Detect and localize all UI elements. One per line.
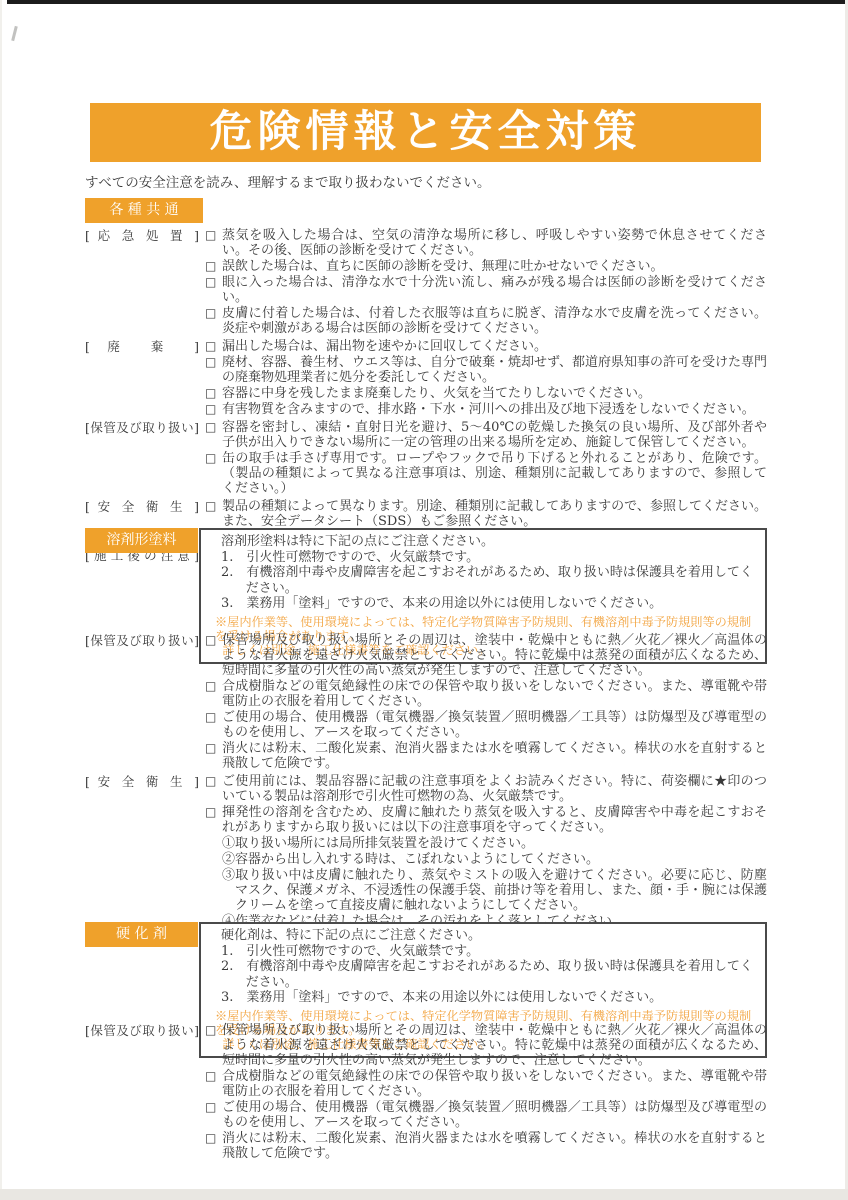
scan-edge-bottom: [0, 1189, 848, 1200]
checklist-item: □眼に入った場合は、清浄な水で十分洗い流し、痛みが残る場合は医師の診断を受けてく…: [205, 275, 767, 305]
section-label: [保管及び取り扱い]: [85, 420, 199, 497]
checklist-item: □有害物質を含みますので、排水路・下水・河川への排出及び地下浸透をしないでくださ…: [205, 402, 767, 417]
intro-text: すべての安全注意を読み、理解するまで取り扱わないでください。: [85, 171, 491, 191]
checkbox-icon: □: [205, 679, 222, 709]
checkbox-icon: □: [205, 402, 222, 417]
checklist-item: □容器に中身を残したまま廃棄したり、火気を当てたりしないでください。: [205, 386, 767, 401]
checkbox-icon: □: [205, 633, 222, 678]
checklist-item: □ご使用の場合、使用機器（電気機器／換気装置／照明機器／工具等）は防爆型及び導電…: [205, 1100, 767, 1130]
checkbox-icon: □: [205, 451, 222, 496]
checkbox-icon: □: [205, 228, 222, 258]
checklist-item: □漏出した場合は、漏出物を速やかに回収してください。: [205, 339, 767, 354]
section-badge-solvent: 溶剤形塗料: [85, 528, 198, 553]
scan-edge-left: [0, 0, 2, 1200]
checkbox-icon: □: [205, 710, 222, 740]
section-badge-hardener: 硬 化 剤: [85, 922, 198, 947]
box-heading: 溶剤形塗料は特に下記の点にご注意ください。: [221, 534, 755, 550]
checkbox-icon: □: [205, 1023, 222, 1068]
checklist-item: □保管場所及び取り扱い場所とその周辺は、塗装中・乾燥中ともに熱／火花／裸火／高温…: [205, 633, 767, 678]
box-numbered-item: 2. 有機溶剤中毒や皮膚障害を起こすおそれがあるため、取り扱い時は保護具を着用し…: [221, 565, 755, 596]
row-hygiene-solvent: [ 安 全 衛 生 ] □ご使用前には、製品容器に記載の注意事項をよくお読みくだ…: [85, 774, 767, 946]
checkbox-icon: □: [205, 1069, 222, 1099]
checklist-item: □皮膚に付着した場合は、付着した衣服等は直ちに脱ぎ、清浄な水で皮膚を洗ってくださ…: [205, 306, 767, 336]
box-heading: 硬化剤は、特に下記の点にご注意ください。: [221, 928, 755, 944]
checklist-item: □合成樹脂などの電気絶縁性の床での保管や取り扱いをしないでください。また、導電靴…: [205, 1069, 767, 1099]
checkbox-icon: □: [205, 355, 222, 385]
checkbox-icon: □: [205, 741, 222, 771]
row-disposal: [ 廃 棄 ] □漏出した場合は、漏出物を速やかに回収してください。 □廃材、容…: [85, 339, 767, 418]
document-page: { "colors": { "accent_orange": "#EFA12B"…: [0, 0, 848, 1200]
checklist-item: □合成樹脂などの電気絶縁性の床での保管や取り扱いをしないでください。また、導電靴…: [205, 679, 767, 709]
checklist-item: □ご使用前には、製品容器に記載の注意事項をよくお読みください。特に、荷姿欄に★印…: [205, 774, 767, 804]
numbered-sub-item: ②容器から出し入れする時は、こぼれないようにしてください。: [222, 852, 767, 867]
section-label: [ 応 急 処 置 ]: [85, 228, 199, 337]
checklist-item: □容器を密封し、凍結・直射日光を避け、5～40℃の乾燥した換気の良い場所、及び部…: [205, 420, 767, 450]
title-banner: 危険情報と安全対策: [90, 103, 761, 162]
checkbox-icon: □: [205, 259, 222, 274]
section-badge-common: 各 種 共 通: [85, 198, 203, 223]
numbered-sub-item: ③取り扱い中は皮膚に触れたり、蒸気やミストの吸入を避けてください。必要に応じ、防…: [222, 868, 767, 913]
checkbox-icon: □: [205, 420, 222, 450]
checklist-item: □消火には粉末、二酸化炭素、泡消火器または水を噴霧してください。棒状の水を直射す…: [205, 1131, 767, 1161]
scan-edge-top: [7, 0, 848, 4]
page-title: 危険情報と安全対策: [210, 111, 642, 154]
row-storage-hardener: [保管及び取り扱い] □保管場所及び取り扱い場所とその周辺は、塗装中・乾燥中とも…: [85, 1023, 767, 1162]
section-label: [保管及び取り扱い]: [85, 633, 199, 772]
scan-smudge: [11, 26, 18, 41]
box-numbered-item: 3. 業務用「塗料」ですので、本来の用途以外には使用しないでください。: [221, 990, 755, 1006]
checklist-item: □蒸気を吸入した場合は、空気の清浄な場所に移し、呼吸しやすい姿勢で休息させてくだ…: [205, 228, 767, 258]
checklist-item: □揮発性の溶剤を含むため、皮膚に触れたり蒸気を吸入すると、皮膚障害や中毒を起こす…: [205, 805, 767, 835]
checklist-item: □ご使用の場合、使用機器（電気機器／換気装置／照明機器／工具等）は防爆型及び導電…: [205, 710, 767, 740]
checkbox-icon: □: [205, 275, 222, 305]
numbered-sub-item: ①取り扱い場所には局所排気装置を設けてください。: [222, 836, 767, 851]
checklist-item: □保管場所及び取り扱い場所とその周辺は、塗装中・乾燥中ともに熱／火花／裸火／高温…: [205, 1023, 767, 1068]
section-hardener-rows: [保管及び取り扱い] □保管場所及び取り扱い場所とその周辺は、塗装中・乾燥中とも…: [85, 1023, 767, 1164]
checklist-item: □缶の取手は手さげ専用です。ロープやフックで吊り下げると外れることがあり、危険で…: [205, 451, 767, 496]
checkbox-icon: □: [205, 386, 222, 401]
checkbox-icon: □: [205, 774, 222, 804]
box-numbered-item: 1. 引火性可燃物ですので、火気厳禁です。: [221, 550, 755, 566]
row-first-aid: [ 応 急 処 置 ] □蒸気を吸入した場合は、空気の清浄な場所に移し、呼吸しや…: [85, 228, 767, 337]
checkbox-icon: □: [205, 306, 222, 336]
box-numbered-item: 2. 有機溶剤中毒や皮膚障害を起こすおそれがあるため、取り扱い時は保護具を着用し…: [221, 959, 755, 990]
box-numbered-item: 1. 引火性可燃物ですので、火気厳禁です。: [221, 944, 755, 960]
checkbox-icon: □: [205, 1131, 222, 1161]
row-storage-solvent: [保管及び取り扱い] □保管場所及び取り扱い場所とその周辺は、塗装中・乾燥中とも…: [85, 633, 767, 772]
checkbox-icon: □: [205, 339, 222, 354]
checkbox-icon: □: [205, 805, 222, 835]
section-label: [ 廃 棄 ]: [85, 339, 199, 418]
checkbox-icon: □: [205, 1100, 222, 1130]
checklist-item: □消火には粉末、二酸化炭素、泡消火器または水を噴霧してください。棒状の水を直射す…: [205, 741, 767, 771]
checklist-item: □誤飲した場合は、直ちに医師の診断を受け、無理に吐かせないでください。: [205, 259, 767, 274]
checklist-item: □廃材、容器、養生材、ウエス等は、自分で破棄・焼却せず、都道府県知事の許可を受け…: [205, 355, 767, 385]
section-label: [保管及び取り扱い]: [85, 1023, 199, 1162]
section-label: [ 安 全 衛 生 ]: [85, 774, 199, 946]
checklist-item: □製品の種類によって異なります。別途、種類別に記載してありますので、参照してくだ…: [205, 499, 767, 529]
box-numbered-item: 3. 業務用「塗料」ですので、本来の用途以外には使用しないでください。: [221, 596, 755, 612]
checkbox-icon: □: [205, 499, 222, 529]
row-storage-common: [保管及び取り扱い] □容器を密封し、凍結・直射日光を避け、5～40℃の乾燥した…: [85, 420, 767, 497]
section-solvent-rows: [保管及び取り扱い] □保管場所及び取り扱い場所とその周辺は、塗装中・乾燥中とも…: [85, 633, 767, 948]
